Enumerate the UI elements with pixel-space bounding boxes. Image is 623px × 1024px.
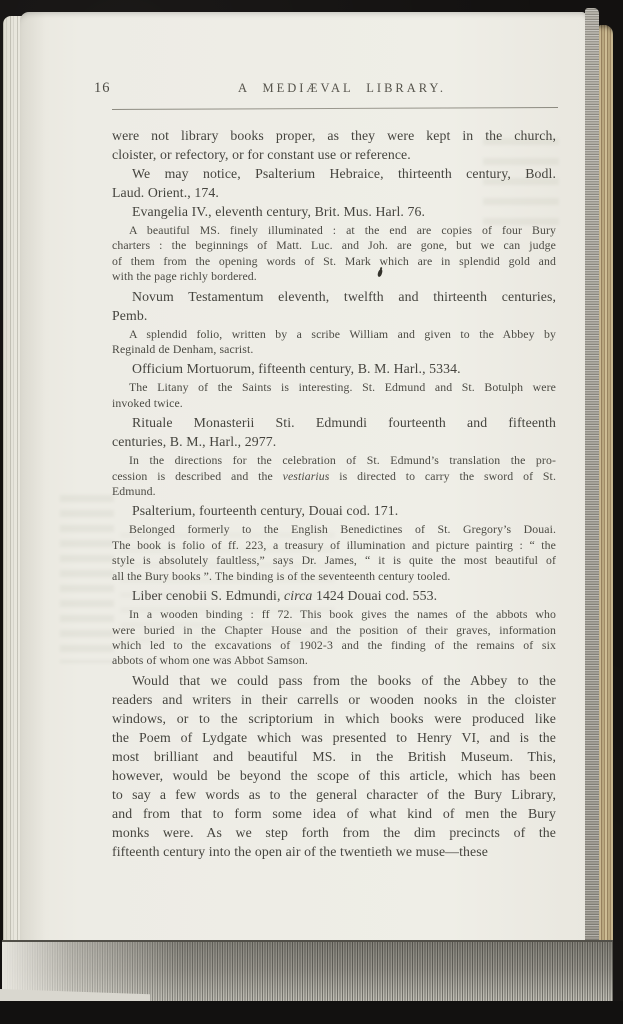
running-title: A MEDIÆVAL LIBRARY. — [112, 81, 572, 96]
text-line: style is absolutely faultless,” says Dr.… — [112, 553, 556, 568]
text-line: Officium Mortuorum, fifteenth century, B… — [112, 359, 556, 378]
text-line: were not library books proper, as they w… — [112, 126, 556, 145]
paragraph: Would that we could pass from the books … — [112, 671, 556, 861]
paragraph: Belonged formerly to the English Benedic… — [112, 522, 556, 584]
paragraph: A splendid folio, written by a scribe Wi… — [112, 327, 556, 358]
text-line: centuries, B. M., Harl., 2977. — [112, 432, 556, 451]
text-line: The book is folio of ff. 223, a treasury… — [112, 538, 556, 553]
text-line: of them from the opening words of St. Ma… — [112, 254, 556, 269]
fore-edge-pages — [599, 25, 613, 985]
text-line: Belonged formerly to the English Benedic… — [112, 522, 556, 537]
paragraph: A beautiful MS. finely illuminated : at … — [112, 223, 556, 285]
text-line: monks were. As we step forth from the di… — [112, 823, 556, 842]
paragraph: were not library books proper, as they w… — [112, 126, 556, 164]
text-line: windows, or to the scriptorium in which … — [112, 709, 556, 728]
text-block: were not library books proper, as they w… — [112, 126, 556, 861]
text-line: The Litany of the Saints is interesting.… — [112, 380, 556, 395]
paragraph: We may notice, Psalterium Hebraice, thir… — [112, 164, 556, 202]
text-line: cloister, or refectory, or for constant … — [112, 145, 556, 164]
text-line: and from that to form some idea of what … — [112, 804, 556, 823]
text-line: In the directions for the celebration of… — [112, 453, 556, 468]
page-number: 16 — [94, 80, 111, 97]
paragraph: The Litany of the Saints is interesting.… — [112, 380, 556, 411]
text-line: with the page richly bordered. — [112, 269, 556, 284]
text-line: the Poem of Lydgate which was presented … — [112, 728, 556, 747]
paragraph: Novum Testamentum eleventh, twelfth and … — [112, 287, 556, 325]
text-line: which led to the excavations of 1902-3 a… — [112, 638, 556, 653]
text-line: invoked twice. — [112, 396, 556, 411]
paragraph: Liber cenobii S. Edmundi, circa 1424 Dou… — [112, 586, 556, 605]
text-line: We may notice, Psalterium Hebraice, thir… — [112, 164, 556, 183]
fore-edge-shadow-strip — [585, 8, 599, 961]
text-line: most brilliant and beautiful MS. in the … — [112, 747, 556, 766]
text-line: Novum Testamentum eleventh, twelfth and … — [112, 287, 556, 306]
text-line: Evangelia IV., eleventh century, Brit. M… — [112, 202, 556, 221]
header-rule — [112, 107, 558, 110]
book-page: 16 A MEDIÆVAL LIBRARY. were not library … — [20, 12, 586, 941]
paragraph: Officium Mortuorum, fifteenth century, B… — [112, 359, 556, 378]
text-line: charters : the beginnings of Matt. Luc. … — [112, 238, 556, 253]
text-line: to say a few words as to the general cha… — [112, 785, 556, 804]
paragraph: Evangelia IV., eleventh century, Brit. M… — [112, 202, 556, 221]
paragraph: In the directions for the celebration of… — [112, 453, 556, 499]
text-line: A beautiful MS. finely illuminated : at … — [112, 223, 556, 238]
text-line: Psalterium, fourteenth century, Douai co… — [112, 501, 556, 520]
text-line: cession is described and the vestiarius … — [112, 469, 556, 484]
text-line: Reginald de Denham, sacrist. — [112, 342, 556, 357]
bleed-through-ghost — [60, 495, 114, 663]
paragraph: Psalterium, fourteenth century, Douai co… — [112, 501, 556, 520]
paragraph: Rituale Monasterii Sti. Edmundi fourteen… — [112, 413, 556, 451]
text-line: Rituale Monasterii Sti. Edmundi fourteen… — [112, 413, 556, 432]
scan-background: 16 A MEDIÆVAL LIBRARY. were not library … — [0, 0, 623, 1024]
text-line: however, would be beyond the scope of th… — [112, 766, 556, 785]
text-line: fifteenth century into the open air of t… — [112, 842, 556, 861]
text-line: abbots of whom one was Abbot Samson. — [112, 653, 556, 668]
text-line: Pemb. — [112, 306, 556, 325]
text-line: Liber cenobii S. Edmundi, circa 1424 Dou… — [112, 586, 556, 605]
text-line: were buried in the Chapter House and the… — [112, 623, 556, 638]
text-line: In a wooden binding : ff 72. This book g… — [112, 607, 556, 622]
text-line: readers and writers in their carrells or… — [112, 690, 556, 709]
text-line: Would that we could pass from the books … — [112, 671, 556, 690]
text-line: all the Bury books ”. The binding is of … — [112, 569, 556, 584]
text-line: A splendid folio, written by a scribe Wi… — [112, 327, 556, 342]
text-line: Laud. Orient., 174. — [112, 183, 556, 202]
text-line: Edmund. — [112, 484, 556, 499]
mount-bottom — [0, 1001, 623, 1024]
paragraph: In a wooden binding : ff 72. This book g… — [112, 607, 556, 669]
